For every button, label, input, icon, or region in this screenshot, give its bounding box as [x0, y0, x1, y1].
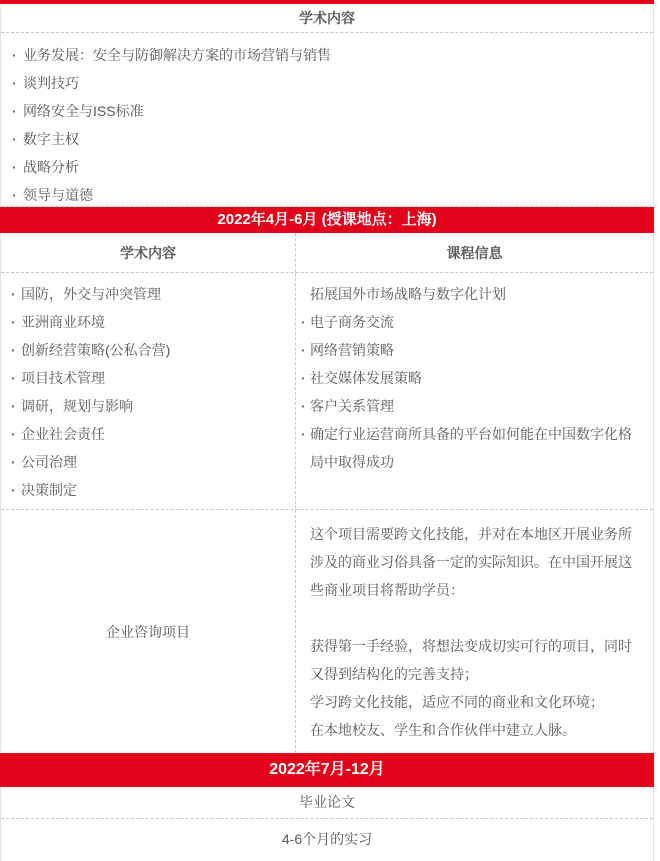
list-item: 数字主权	[1, 125, 653, 153]
list-item: 项目技术管理	[1, 364, 295, 392]
list-item: 国防，外交与冲突管理	[1, 280, 295, 308]
column-header-course-info: 课程信息	[296, 233, 653, 272]
consulting-project-title: 企业咨询项目	[106, 622, 190, 642]
paragraph: 获得第一手经验，将想法变成切实可行的项目，同时又得到结构化的完善支持；	[310, 632, 641, 688]
course-info-cell: 拓展国外市场战略与数字化计划 电子商务交流 网络营销策略 社交媒体发展策略 客户…	[296, 273, 653, 509]
list-item: 亚洲商业环境	[1, 308, 295, 336]
table-header-row: 学术内容 课程信息	[1, 233, 653, 273]
list-item: 调研，规划与影响	[1, 392, 295, 420]
academic-content-cell: 国防，外交与冲突管理 亚洲商业环境 创新经营策略(公私合营) 项目技术管理 调研…	[1, 273, 296, 509]
list-item: 企业社会责任	[1, 420, 295, 448]
consulting-project-row: 企业咨询项目 这个项目需要跨文化技能，并对在本地区开展业务所涉及的商业习俗具备一…	[1, 510, 653, 753]
list-item: 业务发展：安全与防御解决方案的市场营销与销售	[1, 41, 653, 69]
thesis-row: 毕业论文	[1, 787, 653, 819]
paragraph-spacer	[310, 604, 641, 632]
paragraph: 在本地校友、学生和合作伙伴中建立人脉。	[310, 716, 641, 744]
academic-content-list: 业务发展：安全与防御解决方案的市场营销与销售 谈判技巧 网络安全与ISS标准 数…	[1, 33, 653, 207]
list-item: 网络营销策略	[296, 336, 653, 364]
internship-row: 4-6个月的实习	[1, 819, 653, 861]
list-item: 领导与道德	[1, 181, 653, 209]
list-item: 决策制定	[1, 476, 295, 504]
column-header-academic-content: 学术内容	[1, 233, 296, 272]
program-table: 学术内容 业务发展：安全与防御解决方案的市场营销与销售 谈判技巧 网络安全与IS…	[0, 0, 654, 861]
program-schedule-page: 学术内容 业务发展：安全与防御解决方案的市场营销与销售 谈判技巧 网络安全与IS…	[0, 0, 660, 861]
schedule-banner-july-december: 2022年7月-12月	[0, 753, 654, 787]
paragraph: 这个项目需要跨文化技能，并对在本地区开展业务所涉及的商业习俗具备一定的实际知识。…	[310, 520, 641, 604]
consulting-project-title-cell: 企业咨询项目	[1, 510, 296, 753]
list-item: 公司治理	[1, 448, 295, 476]
schedule-banner-april-june: 2022年4月-6月 (授课地点：上海)	[0, 207, 654, 233]
list-item: 社交媒体发展策略	[296, 364, 653, 392]
course-info-intro: 拓展国外市场战略与数字化计划	[296, 280, 653, 308]
list-item: 确定行业运营商所具备的平台如何能在中国数字化格局中取得成功	[296, 420, 653, 476]
list-item: 客户关系管理	[296, 392, 653, 420]
list-item: 电子商务交流	[296, 308, 653, 336]
table-body-row: 国防，外交与冲突管理 亚洲商业环境 创新经营策略(公私合营) 项目技术管理 调研…	[1, 273, 653, 510]
list-item: 创新经营策略(公私合营)	[1, 336, 295, 364]
list-item: 网络安全与ISS标准	[1, 97, 653, 125]
paragraph: 学习跨文化技能，适应不同的商业和文化环境；	[310, 688, 641, 716]
list-item: 战略分析	[1, 153, 653, 181]
list-item: 谈判技巧	[1, 69, 653, 97]
section-header-academic-content: 学术内容	[1, 4, 653, 33]
consulting-project-description-cell: 这个项目需要跨文化技能，并对在本地区开展业务所涉及的商业习俗具备一定的实际知识。…	[296, 510, 653, 753]
